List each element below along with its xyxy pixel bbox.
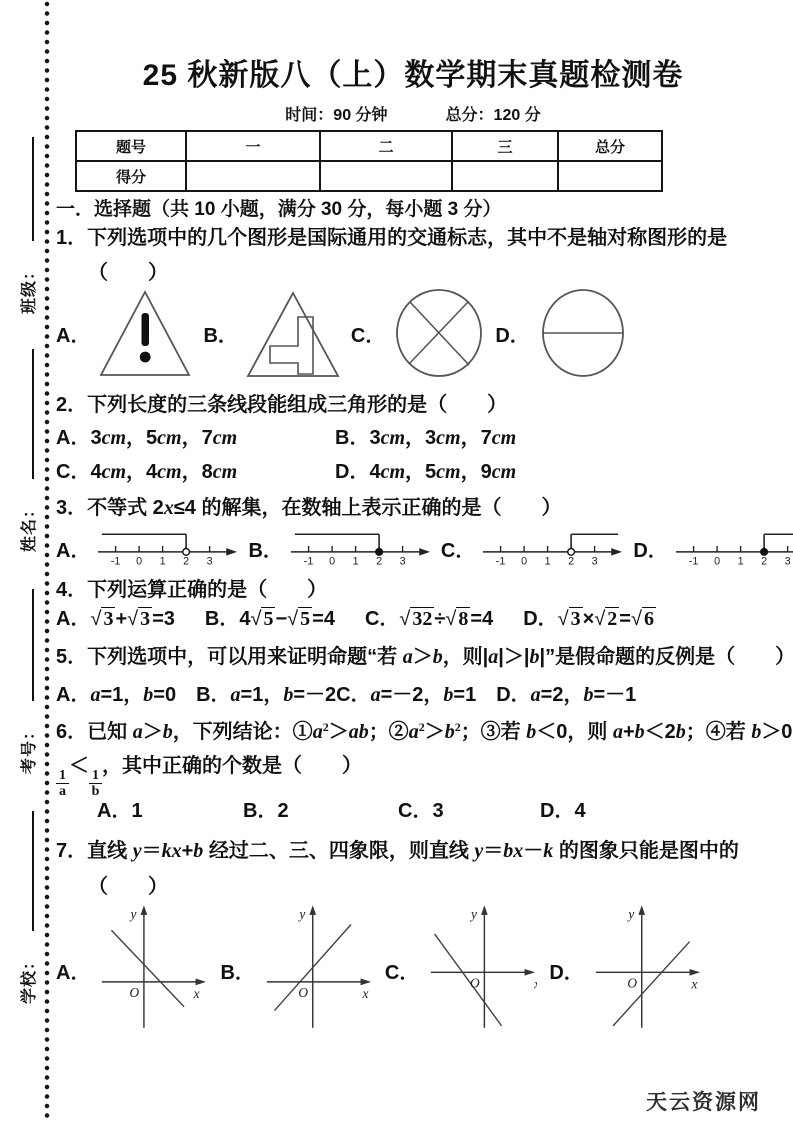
- t-junction-triangle-icon: [246, 287, 341, 379]
- svg-text:1: 1: [545, 556, 551, 568]
- svg-text:O: O: [130, 985, 140, 1000]
- time-label: 时间：90 分钟: [285, 102, 387, 125]
- question-4-option-d: D．√3×√2=√6: [523, 608, 656, 631]
- score-table-cell: 三: [452, 131, 558, 161]
- page-title: 25 秋新版八（上）数学期末真题检测卷: [57, 50, 769, 94]
- svg-text:y: y: [626, 907, 634, 922]
- question-7-answer-paren: （ ）: [88, 876, 168, 899]
- side-field-class: 班级：: [16, 137, 39, 314]
- question-3-option-b: B． -10123: [248, 524, 430, 573]
- question-1-option-a: A．: [56, 287, 193, 379]
- svg-text:x: x: [690, 977, 697, 992]
- score-table-cell: 题号: [76, 131, 186, 161]
- question-5-text: 5．下列选项中，可以用来证明命题“若 a＞b，则|a|＞|b|”是假命题的反例是…: [56, 646, 793, 669]
- svg-text:3: 3: [207, 556, 213, 568]
- svg-text:1: 1: [160, 556, 166, 568]
- svg-text:3: 3: [784, 556, 790, 568]
- svg-text:-1: -1: [304, 556, 314, 568]
- option-letter: B．: [248, 534, 282, 563]
- question-2-option-d: D．4cm，5cm，9cm: [335, 461, 516, 484]
- score-table-score-row: 得分: [76, 161, 662, 191]
- svg-text:-1: -1: [496, 556, 506, 568]
- question-2-text: 2．下列长度的三条线段能组成三角形的是（ ）: [56, 394, 507, 417]
- question-3-text: 3．不等式 2x≤4 的解集，在数轴上表示正确的是（ ）: [56, 497, 561, 520]
- watermark: 天云资源网: [646, 1086, 761, 1116]
- numberline-c: -10123: [475, 524, 623, 573]
- warning-exclamation-triangle-icon: [98, 287, 193, 379]
- svg-text:y: y: [469, 907, 477, 922]
- option-letter: A．: [56, 956, 90, 985]
- side-field-class-label: 班级：: [21, 263, 38, 314]
- option-letter: A．: [56, 319, 90, 348]
- side-field-name-blank: [19, 349, 34, 479]
- svg-text:2: 2: [376, 556, 382, 568]
- question-2-option-a: A．3cm，5cm，7cm: [56, 427, 237, 450]
- svg-text:0: 0: [521, 556, 527, 568]
- question-7-option-a: A． yxO: [56, 902, 208, 1039]
- question-1-option-d: D．: [495, 288, 627, 378]
- option-letter: C．: [385, 956, 419, 985]
- question-6-option-d: D．4: [540, 800, 586, 823]
- option-letter: B．: [220, 956, 254, 985]
- question-7-option-c: C． yxO: [385, 902, 537, 1039]
- exam-info-row: 时间：90 分钟 总分：120 分: [57, 102, 769, 125]
- question-2-option-c: C．4cm，4cm，8cm: [56, 461, 237, 484]
- question-6-option-c: C．3: [398, 800, 444, 823]
- side-field-school-blank: [19, 811, 34, 931]
- line-graph-b: yxO: [255, 902, 373, 1039]
- question-7-option-b: B． yxO: [220, 902, 372, 1039]
- question-5-options: A．a=1，b=0 B．a=1，b=－2C．a=－2，b=1 D．a=2，b=－…: [56, 684, 636, 707]
- score-table-cell: [452, 161, 558, 191]
- score-table-cell: 一: [186, 131, 320, 161]
- question-4-option-c: C．√32÷√8=4: [365, 608, 493, 631]
- option-letter: D．: [495, 319, 529, 348]
- question-7-options-row: A． yxO B． yxO C． yxO D． yxO: [56, 902, 714, 1039]
- svg-text:O: O: [627, 976, 637, 991]
- side-field-school-label: 学校：: [21, 953, 38, 1004]
- numberline-d: -10123: [668, 524, 793, 573]
- score-table-cell: 总分: [558, 131, 662, 161]
- question-3-option-c: C． -10123: [441, 524, 623, 573]
- side-field-name: 姓名：: [16, 349, 39, 552]
- svg-text:O: O: [470, 976, 480, 991]
- question-6-text-line1: 6．已知 a＞b，下列结论：①a2＞ab；②a2＞b2；③若 b＜0，则 a+b…: [56, 721, 793, 744]
- line-graph-d: yxO: [584, 902, 702, 1039]
- question-3-option-a: A． -10123: [56, 524, 238, 573]
- svg-text:x: x: [533, 977, 537, 992]
- svg-text:3: 3: [592, 556, 598, 568]
- svg-text:3: 3: [400, 556, 406, 568]
- question-2-option-b: B．3cm，3cm，7cm: [335, 427, 516, 450]
- side-field-school: 学校：: [16, 811, 39, 1004]
- side-field-examno: 考号：: [16, 589, 39, 774]
- numberline-a: -10123: [90, 524, 238, 573]
- svg-text:0: 0: [137, 556, 143, 568]
- numberline-b: -10123: [283, 524, 431, 573]
- svg-text:x: x: [361, 986, 368, 1001]
- option-letter: A．: [56, 534, 90, 563]
- question-1-answer-paren: （ ）: [88, 262, 168, 285]
- question-4-option-a: A．√3+√3=3: [56, 608, 175, 631]
- svg-text:1: 1: [737, 556, 743, 568]
- question-6-option-a: A．1: [97, 800, 143, 823]
- question-7-text: 7．直线 y＝kx+b 经过二、三、四象限，则直线 y＝bx－k 的图象只能是图…: [56, 840, 739, 863]
- score-table-cell: [320, 161, 452, 191]
- question-1-text: 1．下列选项中的几个图形是国际通用的交通标志，其中不是轴对称图形的是: [56, 227, 727, 250]
- seal-dotted-line: [44, 0, 50, 1122]
- score-table-cell: [186, 161, 320, 191]
- line-graph-c: yxO: [419, 902, 537, 1039]
- total-score-label: 总分：120 分: [446, 102, 541, 125]
- svg-text:2: 2: [184, 556, 190, 568]
- option-letter: B．: [203, 319, 237, 348]
- score-table-header-row: 题号 一 二 三 总分: [76, 131, 662, 161]
- question-3-option-d: D． -10123: [633, 524, 793, 573]
- question-6-text-line2: 1a＜1b，其中正确的个数是（ ）: [56, 755, 362, 800]
- score-table-cell: 得分: [76, 161, 186, 191]
- side-field-name-label: 姓名：: [21, 501, 38, 552]
- question-1-option-b: B．: [203, 287, 340, 379]
- question-7-option-d: D． yxO: [549, 902, 701, 1039]
- side-field-examno-blank: [19, 589, 34, 701]
- score-table-cell: [558, 161, 662, 191]
- svg-text:2: 2: [568, 556, 574, 568]
- score-table-cell: 二: [320, 131, 452, 161]
- svg-text:0: 0: [714, 556, 720, 568]
- svg-text:2: 2: [761, 556, 767, 568]
- svg-text:-1: -1: [689, 556, 699, 568]
- crossed-circle-icon: [393, 288, 485, 378]
- question-3-options-row: A． -10123 B． -10123 C． -10123 D． -10123: [56, 524, 793, 573]
- svg-text:0: 0: [329, 556, 335, 568]
- svg-text:y: y: [129, 907, 137, 922]
- question-4-options-row: A．√3+√3=3 B．4√5−√5=4 C．√32÷√8=4 D．√3×√2=…: [56, 608, 656, 631]
- section-1-heading: 一．选择题（共 10 小题，满分 30 分，每小题 3 分）: [56, 194, 502, 221]
- question-4-text: 4．下列运算正确的是（ ）: [56, 579, 327, 602]
- exam-page: 班级： 姓名： 考号： 学校： 25 秋新版八（上）数学期末真题检测卷 时间：9…: [0, 0, 793, 1122]
- side-field-class-blank: [19, 137, 34, 241]
- option-letter: D．: [549, 956, 583, 985]
- svg-text:y: y: [297, 907, 305, 922]
- option-letter: C．: [351, 319, 385, 348]
- svg-text:-1: -1: [111, 556, 121, 568]
- barred-circle-icon: [538, 288, 628, 378]
- question-4-option-b: B．4√5−√5=4: [205, 608, 335, 631]
- question-6-option-b: B．2: [243, 800, 289, 823]
- line-graph-a: yxO: [90, 902, 208, 1039]
- svg-text:x: x: [193, 986, 200, 1001]
- side-field-examno-label: 考号：: [21, 723, 38, 774]
- option-letter: D．: [633, 534, 667, 563]
- option-letter: C．: [441, 534, 475, 563]
- svg-text:O: O: [298, 985, 308, 1000]
- question-1-option-c: C．: [351, 288, 485, 378]
- question-1-options-row: A． B． C． D．: [56, 287, 638, 379]
- svg-text:1: 1: [352, 556, 358, 568]
- score-table: 题号 一 二 三 总分 得分: [75, 130, 663, 192]
